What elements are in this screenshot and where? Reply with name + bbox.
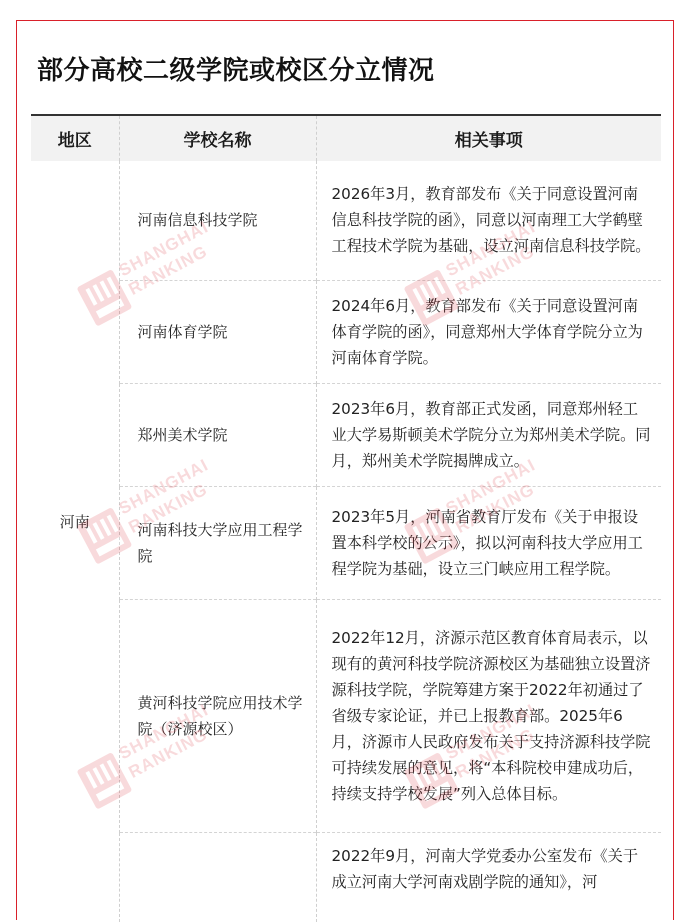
detail-cell: 2024年6月，教育部发布《关于同意设置河南体育学院的函》，同意郑州大学体育学院… — [316, 280, 661, 383]
table-row: 黄河科技学院应用技术学院（济源校区） 2022年12月，济源示范区教育体育局表示… — [31, 599, 661, 832]
detail-cell: 2023年5月，河南省教育厅发布《关于申报设置本科学校的公示》，拟以河南科技大学… — [316, 486, 661, 599]
table-header-row: 地区 学校名称 相关事项 — [31, 115, 661, 161]
split-colleges-table: 地区 学校名称 相关事项 河南 河南信息科技学院 2026年3月，教育部发布《关… — [31, 114, 661, 889]
table-row: 河南 河南信息科技学院 2026年3月，教育部发布《关于同意设置河南信息科技学院… — [31, 161, 661, 280]
detail-cell: 2026年3月，教育部发布《关于同意设置河南信息科技学院的函》，同意以河南理工大… — [316, 161, 661, 280]
school-name-cell: 河南体育学院 — [119, 280, 316, 383]
school-name-cell: 黄河科技学院应用技术学院（济源校区） — [119, 599, 316, 832]
school-name-cell: 河南科技大学应用工程学院 — [119, 486, 316, 599]
detail-cell: 2022年9月，河南大学党委办公室发布《关于成立河南大学河南戏剧学院的通知》，河 — [316, 832, 661, 889]
detail-cell: 2023年6月，教育部正式发函，同意郑州轻工业大学易斯顿美术学院分立为郑州美术学… — [316, 383, 661, 486]
school-name-cell: 河南信息科技学院 — [119, 161, 316, 280]
table-row: 河南体育学院 2024年6月，教育部发布《关于同意设置河南体育学院的函》，同意郑… — [31, 280, 661, 383]
table-row: 河南科技大学应用工程学院 2023年5月，河南省教育厅发布《关于申报设置本科学校… — [31, 486, 661, 599]
region-cell: 河南 — [31, 161, 119, 889]
table-row: 2022年9月，河南大学党委办公室发布《关于成立河南大学河南戏剧学院的通知》，河 — [31, 832, 661, 889]
page-title: 部分高校二级学院或校区分立情况 — [37, 50, 435, 87]
school-name-cell — [119, 832, 316, 889]
region-label: 河南 — [31, 509, 119, 535]
school-name-cell: 郑州美术学院 — [119, 383, 316, 486]
header-related-matters: 相关事项 — [316, 115, 661, 161]
header-region: 地区 — [31, 115, 119, 161]
table-row: 郑州美术学院 2023年6月，教育部正式发函，同意郑州轻工业大学易斯顿美术学院分… — [31, 383, 661, 486]
header-school-name: 学校名称 — [119, 115, 316, 161]
detail-cell: 2022年12月，济源示范区教育体育局表示，以现有的黄河科技学院济源校区为基础独… — [316, 599, 661, 832]
